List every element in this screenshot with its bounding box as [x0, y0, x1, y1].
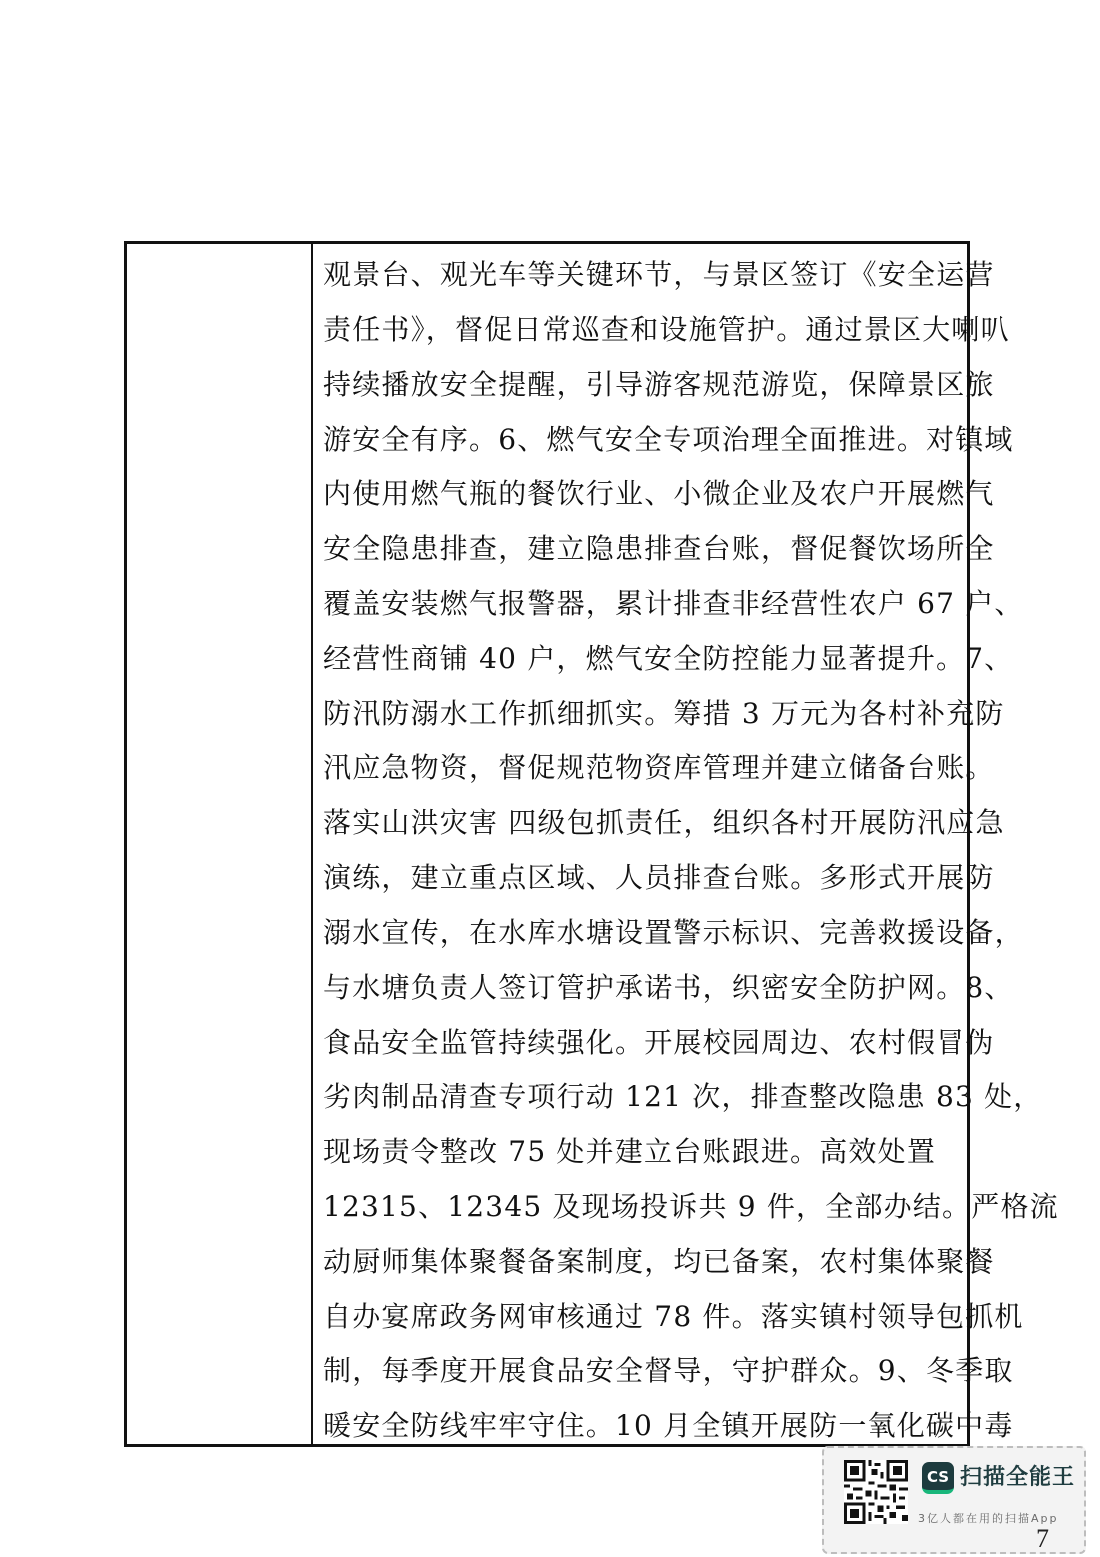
text-line: 覆盖安装燃气报警器，累计排查非经营性农户 67 户、	[323, 577, 957, 631]
text-line: 暖安全防线牢牢守住。10 月全镇开展防一氧化碳中毒	[323, 1399, 957, 1453]
text-line: 责任书》，督促日常巡查和设施管护。通过景区大喇叭	[323, 303, 957, 357]
camscanner-logo-icon: CS	[922, 1462, 954, 1494]
text-line: 制，每季度开展食品安全督导，守护群众。9、冬季取	[323, 1344, 957, 1398]
page-number: 7	[1036, 1524, 1049, 1554]
table-left-cell	[127, 244, 313, 1444]
text-line: 12315、12345 及现场投诉共 9 件，全部办结。严格流	[323, 1180, 957, 1234]
text-line: 防汛防溺水工作抓细抓实。筹措 3 万元为各村补充防	[323, 687, 957, 741]
text-line: 溺水宣传，在水库水塘设置警示标识、完善救援设备，	[323, 906, 957, 960]
text-line: 持续播放安全提醒，引导游客规范游览，保障景区旅	[323, 358, 957, 412]
text-line: 食品安全监管持续强化。开展校园周边、农村假冒伪	[323, 1016, 957, 1070]
text-line: 动厨师集体聚餐备案制度，均已备案，农村集体聚餐	[323, 1235, 957, 1289]
text-line: 观景台、观光车等关键环节，与景区签订《安全运营	[323, 248, 957, 302]
text-line: 安全隐患排查，建立隐患排查台账，督促餐饮场所全	[323, 522, 957, 576]
table-right-cell: 观景台、观光车等关键环节，与景区签订《安全运营 责任书》，督促日常巡查和设施管护…	[313, 244, 967, 1444]
text-line: 劣肉制品清查专项行动 121 次，排查整改隐患 83 处，	[323, 1070, 957, 1124]
text-line: 汛应急物资，督促规范物资库管理并建立储备台账。	[323, 741, 957, 795]
qr-code-icon	[844, 1460, 908, 1524]
text-line: 游安全有序。6、燃气安全专项治理全面推进。对镇域	[323, 413, 957, 467]
text-line: 现场责令整改 75 处并建立台账跟进。高效处置	[323, 1125, 957, 1179]
text-line: 自办宴席政务网审核通过 78 件。落实镇村领导包抓机	[323, 1290, 957, 1344]
content-table: 观景台、观光车等关键环节，与景区签订《安全运营 责任书》，督促日常巡查和设施管护…	[124, 241, 970, 1447]
text-line: 与水塘负责人签订管护承诺书，织密安全防护网。8、	[323, 961, 957, 1015]
text-line: 落实山洪灾害 四级包抓责任，组织各村开展防汛应急	[323, 796, 957, 850]
brand-name: 扫描全能王	[960, 1460, 1075, 1491]
text-line: 演练，建立重点区域、人员排查台账。多形式开展防	[323, 851, 957, 905]
text-line: 经营性商铺 40 户，燃气安全防控能力显著提升。7、	[323, 632, 957, 686]
text-line: 内使用燃气瓶的餐饮行业、小微企业及农户开展燃气	[323, 467, 957, 521]
